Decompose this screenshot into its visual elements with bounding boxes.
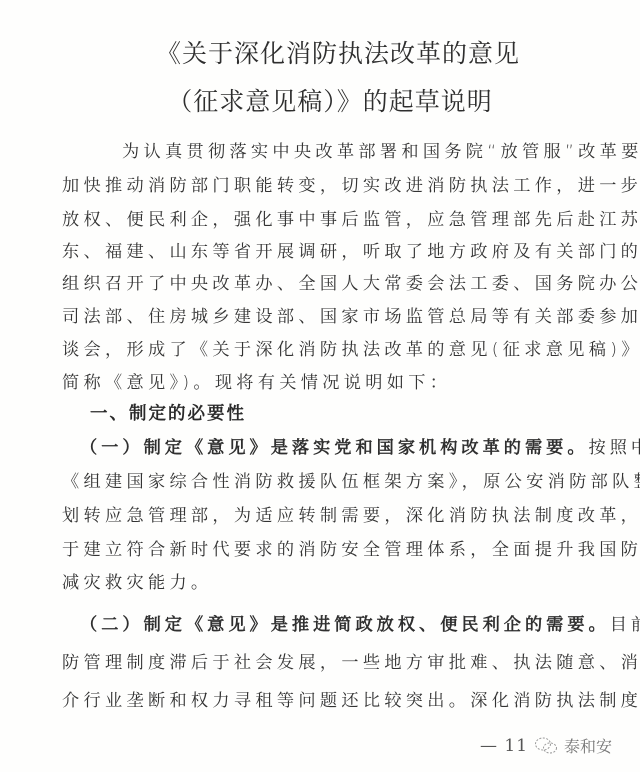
watermark-label: 泰和安 <box>564 734 612 757</box>
intro-line-8: 简称《意见》)。现将有关情况说明如下： <box>62 368 622 393</box>
intro-line-5: 组织召开了中央改革办、全国人大常委会法工委、国务院办公厅和 <box>62 269 622 294</box>
item-1-line-4: 减灾救灾能力。 <box>62 568 622 593</box>
item-1-line-1: 《组建国家综合性消防救援队伍框架方案》，原公安消防部队整体 <box>62 467 622 492</box>
intro-line-1: 为认真贯彻落实中央改革部署和国务院“放管服”改革要求， <box>122 137 640 162</box>
intro-line-6: 司法部、住房城乡建设部、国家市场监管总局等有关部委参加的座 <box>62 302 622 327</box>
intro-line-3: 放权、便民利企，强化事中事后监管，应急管理部先后赴江苏、广 <box>62 205 622 230</box>
intro-line-2: 加快推动消防部门职能转变，切实改进消防执法工作，进一步简政 <box>62 171 622 196</box>
intro-line-4: 东、福建、山东等省开展调研，听取了地方政府及有关部门的意见， <box>62 237 622 262</box>
item-2-lead: （二）制定《意见》是推进简政放权、便民利企的需要。目前，消 <box>80 610 640 635</box>
item-2-line-2: 介行业垄断和权力寻租等问题还比较突出。深化消防执法制度改 <box>62 686 622 711</box>
document-title-line-2: （征求意见稿）》的起草说明 <box>10 82 640 118</box>
item-2-lead-tail: 目前，消 <box>610 615 640 635</box>
intro-line-7: 谈会，形成了《关于深化消防执法改革的意见(征求意见稿)》(以下 <box>62 335 622 360</box>
item-2-line-1: 防管理制度滞后于社会发展，一些地方审批难、执法随意、消防中 <box>62 648 622 673</box>
item-1-line-2: 划转应急管理部，为适应转制需要，深化消防执法制度改革，有利 <box>62 501 622 526</box>
item-1-lead-line: （一）制定《意见》是落实党和国家机构改革的需要。按照中央 <box>80 433 640 458</box>
document-title-line-1: 《关于深化消防执法改革的意见 <box>18 34 640 70</box>
item-2-lead-text: （二）制定《意见》是推进简政放权、便民利企的需要。 <box>80 615 610 635</box>
page-number: — 11 <box>480 736 528 756</box>
page-footer: — 11 泰和安 <box>480 734 612 757</box>
wechat-icon <box>534 736 558 756</box>
item-1-lead-tail: 按照中央 <box>589 438 640 458</box>
section-heading-necessity: 一、制定的必要性 <box>90 400 246 425</box>
item-1-line-3: 于建立符合新时代要求的消防安全管理体系，全面提升我国防灾 <box>62 535 622 560</box>
item-1-lead: （一）制定《意见》是落实党和国家机构改革的需要。 <box>80 438 589 458</box>
